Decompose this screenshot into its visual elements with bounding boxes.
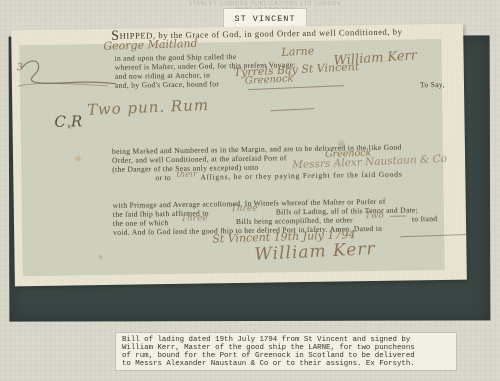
foxing-stain bbox=[98, 255, 102, 259]
handwritten-bills-affirmed: Three bbox=[231, 204, 258, 214]
handwritten-bills-accomplished: Three bbox=[181, 213, 208, 223]
cargo-mark: CxR bbox=[54, 112, 88, 130]
plate-label: ST VINCENT bbox=[224, 9, 306, 28]
cargo-mark-right: R bbox=[71, 112, 89, 130]
handwritten-bills-to-stand: Two bbox=[365, 211, 384, 221]
printed-line-bound-for: and, by God's Grace, bound for bbox=[115, 79, 219, 90]
caption-line: to Messrs Alexander Naustaun & Co or to … bbox=[122, 360, 450, 368]
caption-line: of rum, bound for the Port of Greenock i… bbox=[122, 352, 450, 360]
foxing-stain bbox=[75, 156, 81, 161]
docket-flourish bbox=[12, 55, 125, 99]
printed-to-say: To Say, bbox=[420, 80, 445, 89]
handwritten-assigns: their bbox=[176, 170, 197, 180]
printed-to-stand: to ſtand bbox=[412, 214, 438, 223]
caption-line: Bill of lading dated 19th July 1794 from… bbox=[122, 336, 450, 344]
album-page: STANLEY GIBBONS PUBLICATIONS LTD LONDON … bbox=[0, 0, 500, 381]
caption-line: William Kerr, Master of the good ship th… bbox=[122, 344, 450, 352]
printed-or-to: or to bbox=[155, 173, 171, 182]
handwritten-ship-name: Larne bbox=[281, 44, 314, 59]
bill-of-lading-document: 3 CxR SHIPPED, by the Grace of God, in g… bbox=[11, 24, 467, 287]
caption-box: Bill of lading dated 19th July 1794 from… bbox=[115, 332, 457, 371]
